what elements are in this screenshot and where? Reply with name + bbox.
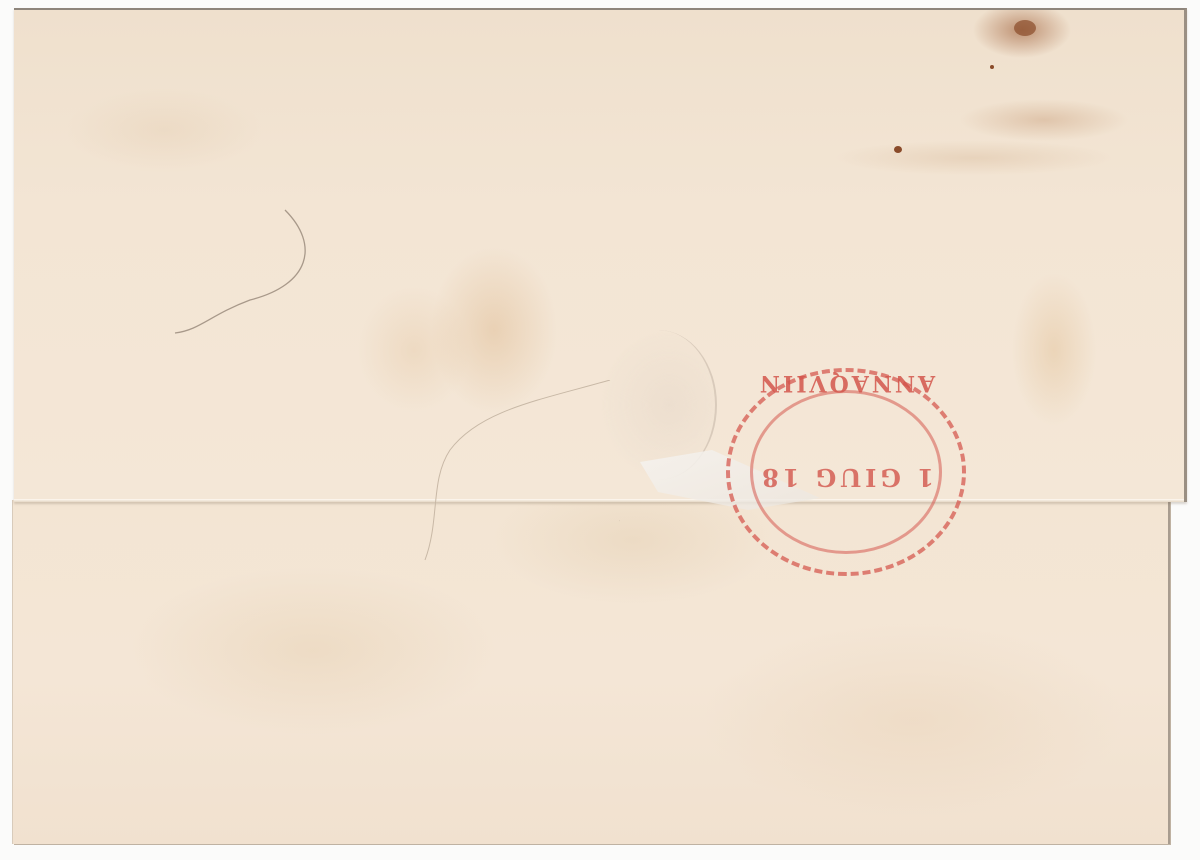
folded-letter: ANNAQVIIN 1 GIUG 18 xyxy=(0,0,1200,860)
hair-fiber xyxy=(170,205,320,340)
rust-stain xyxy=(894,146,902,153)
red-postmark: ANNAQVIIN 1 GIUG 18 xyxy=(726,368,966,576)
rust-stain xyxy=(1014,20,1036,36)
paper-crack xyxy=(420,380,620,610)
postmark-town-text: ANNAQVIIN xyxy=(730,370,962,396)
rust-stain xyxy=(990,65,994,69)
postmark-date-text: 1 GIUG 18 xyxy=(730,463,962,492)
